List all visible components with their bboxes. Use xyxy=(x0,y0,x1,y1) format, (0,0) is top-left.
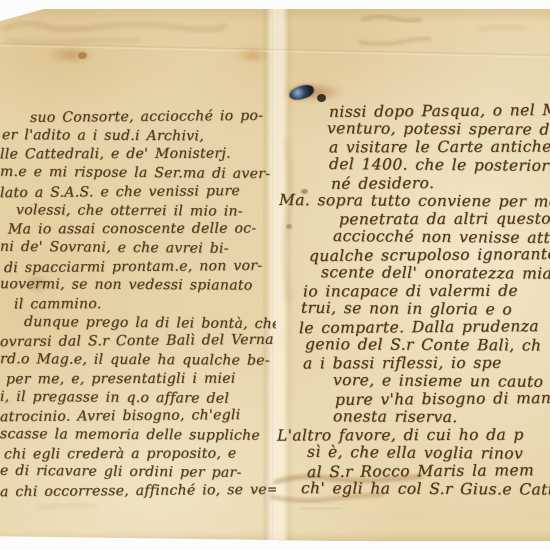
manuscript-line: a chi occorresse, affinché io, se ve= xyxy=(0,481,276,502)
manuscript-line: il cammino. xyxy=(0,295,276,315)
manuscript-line: scasse la memoria delle suppliche xyxy=(0,425,276,445)
manuscript-line: e di ricavare gli ordini per par- xyxy=(0,462,276,483)
manuscript-line: uovermi, se non vedessi spianato xyxy=(0,275,276,295)
manuscript-line: volessi, che otterrei il mio in- xyxy=(0,201,276,221)
manuscript-line: scente dell' onoratezza mia xyxy=(277,263,550,283)
manuscript-line: rd.o Mag.e, il quale ha qualche be- xyxy=(0,350,276,370)
right-page-text: nissi dopo Pasqua, o nel Mventuro, potes… xyxy=(277,102,550,498)
manuscript-line: genio del S.r Conte Balì, ch xyxy=(277,335,550,355)
manuscript-line: Ma io assai conoscente delle oc- xyxy=(0,220,276,240)
manuscript-line: del 1400. che le posteriori xyxy=(277,155,550,176)
manuscript-line: Ma. sopra tutto conviene per men xyxy=(277,191,550,211)
manuscript-line: onesta riserva. xyxy=(277,407,550,427)
manuscript-line: trui, se non in gloria e o xyxy=(277,299,550,320)
manuscript-line: venturo, potessi sperare d'es xyxy=(277,119,550,139)
manuscript-line: ni de' Sovrani, e che avrei bi- xyxy=(0,238,276,259)
manuscript-line: ovrarsi dal S.r Conte Balì del Verna xyxy=(0,331,276,352)
manuscript-line: suo Consorte, acciocché io po- xyxy=(0,108,276,128)
manuscript-line: chi egli crederà a proposito, e xyxy=(0,444,276,464)
ink-blot-dot xyxy=(317,94,326,102)
manuscript-line: lato a S.A.S. e che venissi pure xyxy=(0,182,276,203)
manuscript-line: vore, e insieme un cauto xyxy=(277,371,550,392)
manuscript-line: er l'adito a i sud.i Archivi, xyxy=(0,126,276,146)
manuscript-line: io incapace di valermi de xyxy=(277,281,550,300)
manuscript-line: lle Cattedrali, e de' Monisterj. xyxy=(0,145,276,165)
manuscript-line: sì è, che ella voglia rinov xyxy=(277,443,550,464)
manuscript-line: m.e e mi rispose la Ser.ma di aver- xyxy=(0,163,276,184)
left-page-text: suo Consorte, acciocché io po-er l'adito… xyxy=(0,108,276,506)
manuscript-line: a i bassi riflessi, io spe xyxy=(277,353,550,372)
manuscript-line: atrocinio. Avrei bisogno, ch'egli xyxy=(0,406,276,427)
horizontal-fold-crease-lower xyxy=(0,516,550,518)
manuscript-line: di spacciarmi prontam.e, non vor- xyxy=(0,256,276,277)
manuscript-line: a visitare le Carte antiche xyxy=(277,137,550,156)
manuscript-line: acciocché non venisse attra xyxy=(277,227,550,248)
scanned-letter: suo Consorte, acciocché io po-er l'adito… xyxy=(0,0,550,550)
manuscript-line: L'altro favore, di cui ho da p xyxy=(277,425,550,444)
manuscript-line: penetrata da altri questo m xyxy=(277,209,550,228)
manuscript-line: ch' egli ha col S.r Gius.e Catta xyxy=(277,479,550,499)
manuscript-line: per me, e, presentatigli i miei xyxy=(0,369,276,389)
